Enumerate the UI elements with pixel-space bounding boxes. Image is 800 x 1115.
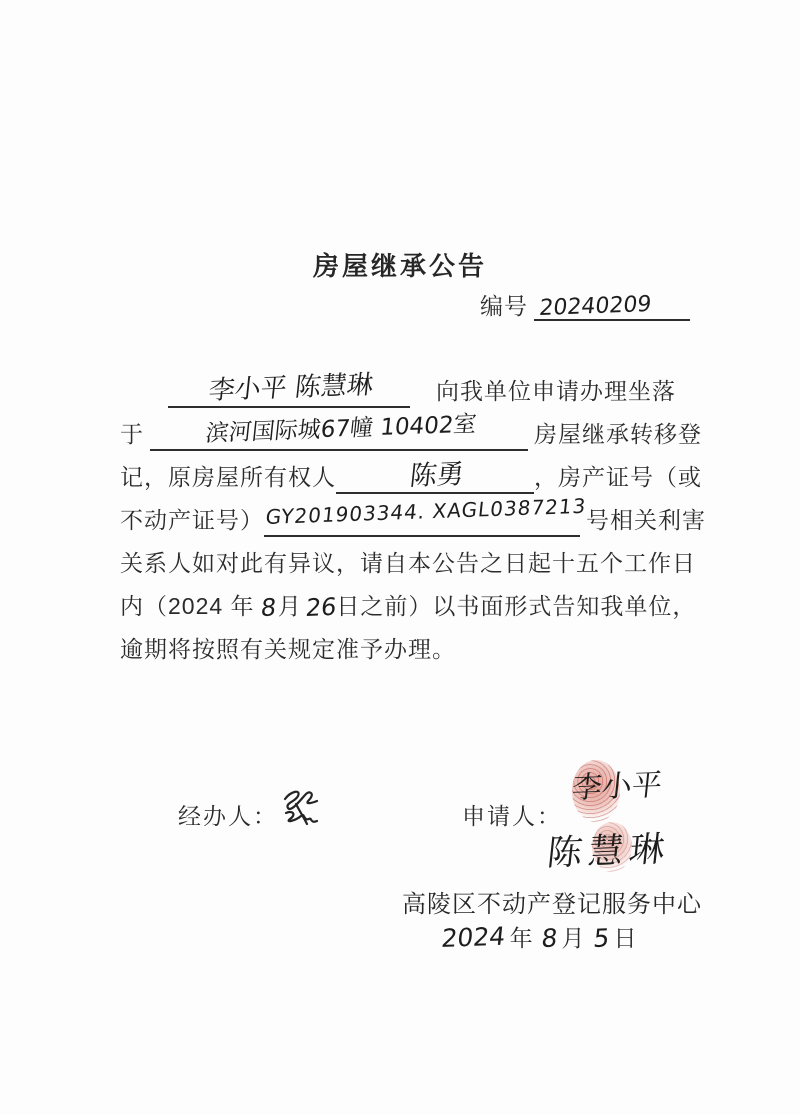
scanned-announcement-page: 房屋继承公告 编号 20240209 李小平 陈慧琳 向我单位申请办理坐落 于 … [0,0,800,1115]
body-line-6-part3: 日之前）以书面形式告知我单位， [336,589,696,623]
applicant-label: 申请人： [462,798,562,831]
body-line-2: 于 滨河国际城67幢 10402室 房屋继承转移登 [120,409,706,451]
serial-value-handwritten: 20240209 [538,292,653,321]
body-line-5: 关系人如对此有异议，请自本公告之日起十五个工作日 [120,538,706,580]
date-year-label: 年 [510,920,534,953]
date-month-label: 月 [562,920,586,953]
certificate-blank: GY201903344. XAGL0387213 [264,500,580,537]
certificate-handwritten: GY201903344. XAGL0387213 [264,489,588,534]
body-line-4-prefix: 不动产证号） [120,503,264,537]
address-handwritten: 滨河国际城67幢 10402室 [204,407,478,451]
applicant-signature-1: 李小平 [570,760,665,807]
serial-row: 编号 20240209 [480,288,690,321]
deadline-month-handwritten: 8 [259,590,278,625]
body-line-1: 李小平 陈慧琳 向我单位申请办理坐落 [120,366,706,408]
applicants-blank: 李小平 陈慧琳 [168,372,410,408]
date-day-handwritten: 5 [592,923,611,953]
body-line-6: 内（2024 年 8 月 26 日之前）以书面形式告知我单位， [120,581,706,623]
applicant-signature-2: 陈慧琳 [545,821,673,876]
body-line-6-part2: 月 [278,589,302,623]
body-line-3-prefix: 记，原房屋所有权人 [120,460,336,494]
owner-handwritten: 陈勇 [408,458,466,494]
body-line-1-printed: 向我单位申请办理坐落 [436,374,676,408]
clerk-label: 经办人： [178,798,278,831]
date-month-handwritten: 8 [540,923,559,953]
deadline-day-handwritten: 26 [304,590,338,625]
serial-label: 编号 [480,288,528,321]
body-line-2-suffix: 房屋继承转移登 [534,417,702,451]
body-line-4-suffix: 号相关利害 [586,503,706,537]
applicants-handwritten: 李小平 陈慧琳 [207,368,375,408]
page-title: 房屋继承公告 [0,246,800,283]
date-day-label: 日 [613,920,637,953]
body-line-4: 不动产证号） GY201903344. XAGL0387213 号相关利害 [120,495,706,537]
serial-underline: 20240209 [534,292,690,321]
issue-date: 2024 年 8 月 5 日 [440,920,637,953]
body-line-6-part1: 内（2024 年 [120,589,255,623]
issuer-name: 高陵区不动产登记服务中心 [402,884,702,919]
body-line-2-prefix: 于 [120,417,144,451]
clerk-signature-scribble [276,786,324,837]
date-year-handwritten: 2024 [440,922,507,953]
owner-blank: 陈勇 [336,458,534,494]
body-line-7: 逾期将按照有关规定准予办理。 [120,624,706,666]
address-blank: 滨河国际城67幢 10402室 [150,414,528,451]
body-line-3: 记，原房屋所有权人 陈勇 ，房产证号（或 [120,452,706,494]
